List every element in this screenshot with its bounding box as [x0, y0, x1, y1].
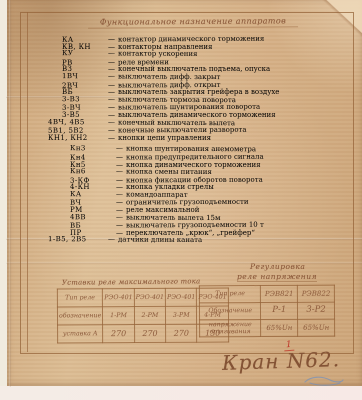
table-cell: 3-Р2	[298, 302, 335, 319]
table-cell: РЭО-401	[103, 289, 134, 307]
legend-item-separator: —	[108, 135, 118, 143]
legend-item-desc: кнопка предупредительного сигнала	[126, 154, 264, 162]
table-cell: РЭВ821	[261, 285, 298, 302]
legend-item-code: Кн6	[70, 168, 116, 176]
table-cell: 270	[134, 324, 165, 342]
table-cell: РЭО-401	[134, 288, 165, 306]
legend-item: РВ—реле времени	[62, 58, 342, 67]
table-row: напряжение втягивания 65%Uн 65%Uн	[200, 319, 335, 337]
legend-item-separator: —	[108, 82, 118, 90]
legend-item: КА—контактор динамического торможения	[62, 35, 342, 44]
table-cell: Тип реле	[199, 286, 260, 303]
table-cell: 1-РМ	[103, 307, 134, 325]
legend-item: КН1, КН2—кнопки цепи управления	[48, 135, 342, 143]
legend-item-code: 4ВЧ, 4В5	[48, 119, 108, 127]
legend-item-code: КН1, КН2	[48, 135, 108, 143]
table-row: Обозначение Р-1 3-Р2	[199, 302, 334, 320]
legend-item-code: 1-В5, 2В5	[48, 237, 108, 245]
legend-item-separator: —	[108, 105, 118, 113]
legend-item-separator: —	[116, 154, 126, 162]
table-cell: напряжение втягивания	[200, 320, 261, 338]
legend-item-separator: —	[108, 73, 118, 81]
legend-item-code: Кн3	[70, 145, 116, 153]
table-cell: уставка А	[58, 325, 103, 343]
blue-pencil-scribble	[302, 374, 346, 388]
legend-item-separator: —	[116, 177, 126, 185]
voltage-relay-table-title-line2: реле напряжения	[237, 272, 317, 282]
legend-item-code: ВЧ	[70, 200, 116, 208]
scanned-document: Функциональное назначение аппаратов КА—к…	[0, 0, 362, 400]
legend-item: 1-В5, 2В5—датчики длины каната	[48, 237, 342, 246]
drawn-border-inner-line	[27, 12, 28, 352]
table-row: Тип реле РЭВ821 РЭВ822	[199, 285, 334, 303]
legend-item-desc: реле времени	[118, 59, 169, 67]
legend-item-desc: выключатель шунтирования поворота	[118, 104, 260, 112]
crane-number-signature: Кран N62.	[222, 347, 341, 375]
legend-item-code: Кн4	[70, 154, 116, 162]
legend-list: КА—контактор динамического торможения КВ…	[62, 36, 342, 245]
legend-item-code: 3-КФ	[70, 177, 116, 185]
legend-item-code: 3-ВЧ	[62, 105, 108, 113]
legend-item-code: ВБ	[70, 223, 116, 231]
legend-item-desc: датчики длины каната	[118, 237, 202, 245]
legend-item-desc: выключатель дифф. открыт	[118, 81, 221, 89]
legend-item-code: 2ВЧ	[62, 82, 108, 90]
legend-item-desc: выключатель грузоподъемности 10 т	[126, 222, 264, 230]
current-relay-table-title: Уставки реле максимального тока	[62, 277, 201, 286]
crease-line	[9, 0, 11, 387]
legend-item-code: КУ	[62, 50, 108, 58]
legend-item-code: 3-В3	[62, 96, 108, 104]
legend-item-code: 5В1, 5В2	[48, 128, 108, 136]
voltage-relay-table-title-line1: Регулировка	[250, 262, 305, 271]
legend-item-separator: —	[108, 59, 118, 67]
legend-item-separator: —	[116, 146, 126, 154]
table-cell: Обозначение	[199, 303, 260, 320]
legend-item-code: 1ВЧ	[62, 73, 108, 81]
legend-item-separator: —	[108, 36, 118, 44]
legend-item: 2ВЧ—выключатель дифф. открыт	[62, 81, 342, 90]
legend-item-desc: кнопки цепи управления	[118, 135, 211, 143]
legend-item-separator: —	[116, 200, 126, 208]
legend-item-separator: —	[108, 128, 118, 136]
legend-item-code: КА	[62, 36, 108, 44]
scan-edge-bottom	[0, 386, 362, 400]
scan-edge-left	[0, 0, 7, 400]
table-cell: обозначение	[57, 307, 102, 325]
legend-item-code: 4ВВ	[70, 214, 116, 222]
table-cell: 270	[103, 325, 134, 343]
legend-item-separator: —	[108, 51, 118, 59]
legend-item-separator: —	[116, 223, 126, 231]
page-title: Функциональное назначение аппаратов	[88, 16, 298, 28]
legend-item-separator: —	[116, 169, 126, 177]
table-cell: 2-РМ	[134, 306, 165, 324]
table-cell: 65%Uн	[298, 319, 335, 337]
legend-item-desc: кнопка фиксации оборотов поворота	[126, 176, 263, 184]
voltage-relay-settings-table: Тип реле РЭВ821 РЭВ822 Обозначение Р-1 3…	[199, 285, 335, 338]
table-cell: РЭО-401	[165, 288, 196, 306]
table-cell: Тип реле	[57, 289, 102, 307]
table-cell: 65%Uн	[261, 319, 298, 337]
table-cell: 270	[166, 324, 197, 342]
table-cell: 3-РМ	[166, 306, 197, 324]
legend-item-code: РВ	[62, 59, 108, 67]
table-cell: РЭВ822	[298, 285, 335, 302]
legend-item: 3-КФ—кнопка фиксации оборотов поворота	[70, 176, 342, 185]
table-cell: Р-1	[261, 302, 298, 319]
legend-item-desc: ограничитель грузоподъемности	[126, 199, 249, 207]
legend-item-desc: контактор динамического торможения	[118, 36, 264, 44]
legend-item-separator: —	[108, 237, 118, 245]
legend-item: Кн4—кнопка предупредительного сигнала	[70, 153, 342, 162]
legend-item-desc: конечные выключатели разворота	[118, 127, 247, 135]
